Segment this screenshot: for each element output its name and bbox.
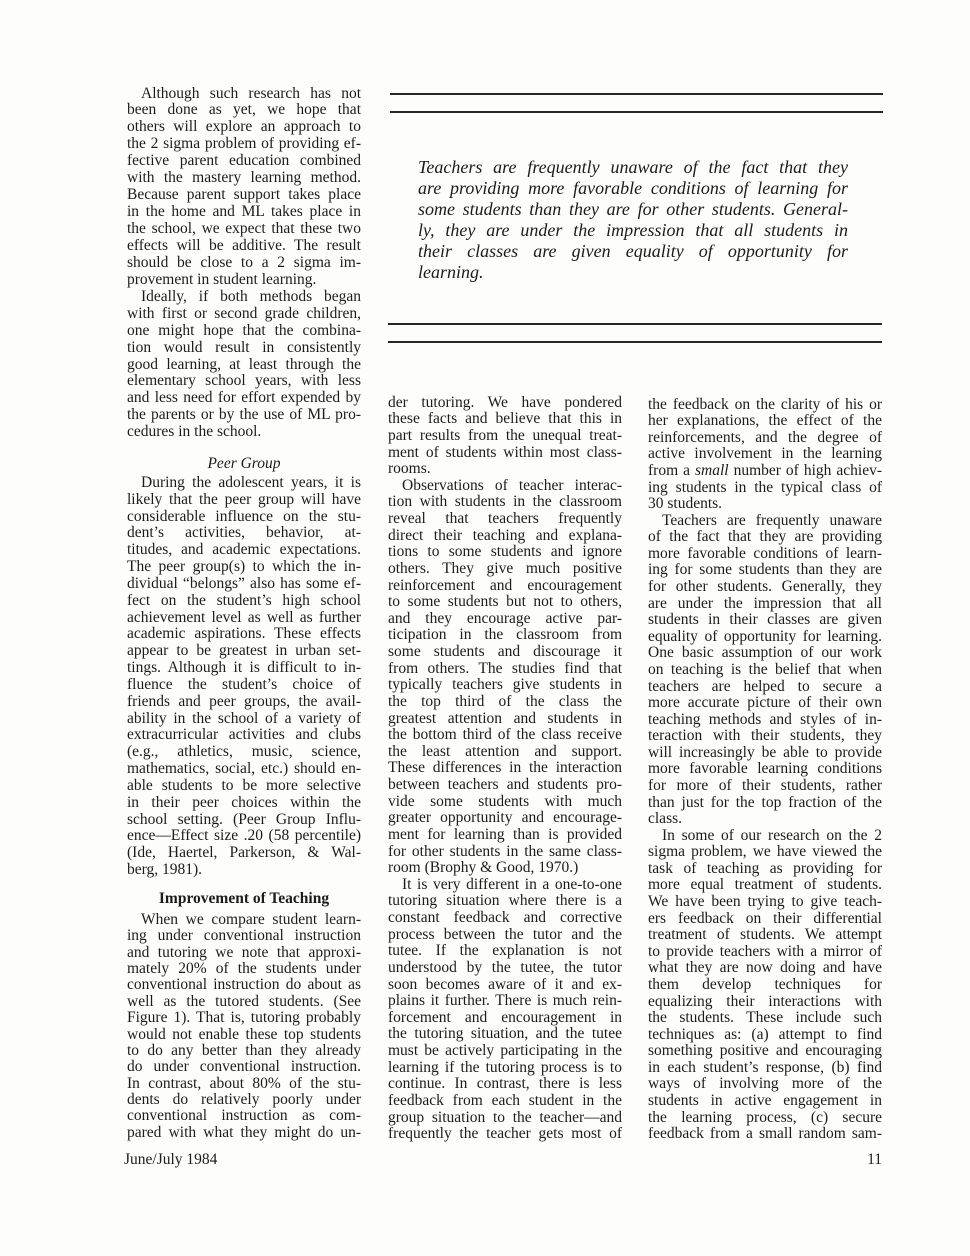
- text-line: the least attention and support.: [388, 744, 622, 761]
- text-line: direct their teaching and explana-: [388, 528, 622, 545]
- text-line: equalizing their interactions with: [648, 994, 882, 1011]
- text-line: the learning process, (c) secure: [648, 1110, 882, 1127]
- text-line: 30 students.: [648, 496, 882, 513]
- footer-page-number: 11: [867, 1151, 882, 1168]
- text-line: will increasingly be able to provide: [648, 745, 882, 762]
- paragraph: During the adolescent years, it islikely…: [127, 475, 361, 879]
- text-line: should be close to a 2 sigma im-: [127, 255, 361, 272]
- text-line: friends and peer groups, the avail-: [127, 694, 361, 711]
- pull-quote: Teachers are frequently unaware of the f…: [418, 157, 848, 283]
- text-line: In some of our research on the 2: [648, 828, 882, 845]
- text-line: more accurate picture of their own: [648, 695, 882, 712]
- text-line: active involvement in the learning: [648, 446, 882, 463]
- pull-quote-bottom-rule-thick: [388, 341, 882, 343]
- text-line: learning.: [418, 262, 848, 283]
- text-line: When we compare student learn-: [127, 912, 361, 928]
- text-line: reveal that teachers frequently: [388, 511, 622, 528]
- text-line: dividual “belongs” also has some ef-: [127, 576, 361, 593]
- text-line: students in their classes are given: [648, 612, 882, 629]
- text-line: One basic assumption of our work: [648, 645, 882, 662]
- text-line: to do any better than they already: [127, 1043, 361, 1059]
- text-line: more favorable conditions of learn-: [648, 546, 882, 563]
- text-line: the 2 sigma problem of providing ef-: [127, 136, 361, 153]
- text-line: to provide teachers with a mirror of: [648, 944, 882, 961]
- text-line: (Ide, Haertel, Parkerson, & Wal-: [127, 845, 361, 862]
- emphasized-text: small: [695, 463, 729, 479]
- text-line: tion would result in consistently: [127, 340, 361, 357]
- text-line: ways of involving more of the: [648, 1076, 882, 1093]
- text-line: greatest attention and students in: [388, 711, 622, 728]
- paragraph: Ideally, if both methods beganwith first…: [127, 289, 361, 441]
- text-line: effects will be additive. The result: [127, 238, 361, 255]
- text-line: titudes, and academic expectations.: [127, 542, 361, 559]
- text-line: good learning, at least through the: [127, 357, 361, 374]
- text-line: group situation to the teacher—and: [388, 1110, 622, 1127]
- text-line: likely that the peer group will have: [127, 492, 361, 509]
- text-line: These differences in the interaction: [388, 760, 622, 777]
- text-line: others. They give much positive: [388, 561, 622, 578]
- text-line: achievement level as well as further: [127, 610, 361, 627]
- text-line: Figure 1). That is, tutoring probably: [127, 1010, 361, 1026]
- text-line: We have been trying to give teach-: [648, 894, 882, 911]
- text-line: able students to be more selective: [127, 778, 361, 795]
- text-line: their classes are given equality of oppo…: [418, 241, 848, 262]
- text-line: feedback from a small random sam-: [648, 1126, 882, 1143]
- text-line: conventional instruction as com-: [127, 1108, 361, 1124]
- paragraph: Teachers are frequently unawareof the fa…: [648, 513, 882, 828]
- text-line: from others. The studies find that: [388, 661, 622, 678]
- text-line: sigma problem, we have viewed the: [648, 844, 882, 861]
- section-heading-peer-group: Peer Group: [127, 455, 361, 472]
- text-line: The peer group(s) to which the in-: [127, 559, 361, 576]
- text-line: one might hope that the combina-: [127, 323, 361, 340]
- text-line: equality of opportunity for learning.: [648, 629, 882, 646]
- text-line: forcement and encouragement in: [388, 1010, 622, 1027]
- text-line: frequently the teacher gets most of: [388, 1126, 622, 1143]
- text-line: soon becomes aware of it and ex-: [388, 977, 622, 994]
- text-line: techniques as: (a) attempt to find: [648, 1027, 882, 1044]
- text-line: to some students but not to others,: [388, 594, 622, 611]
- text-line: typically teachers give students in: [388, 677, 622, 694]
- text-line: Because parent support takes place: [127, 187, 361, 204]
- text-line: conventional instruction do about as: [127, 977, 361, 993]
- text-line: ing students in the typical class of: [648, 480, 882, 497]
- text-line: vide some students with much: [388, 794, 622, 811]
- text-line: ticipation in the classroom from: [388, 627, 622, 644]
- pull-quote-bottom-rule-thin: [388, 323, 882, 325]
- text-line: It is very different in a one-to-one: [388, 877, 622, 894]
- text-line: understood by the tutee, the tutor: [388, 960, 622, 977]
- text-line: tion with students in the classroom: [388, 494, 622, 511]
- text-line: some students than they are for other st…: [418, 199, 848, 220]
- middle-column-text: der tutoring. We have ponderedthese fact…: [388, 395, 622, 1143]
- text-line: elementary school years, with less: [127, 373, 361, 390]
- text-line: ment for learning than is provided: [388, 827, 622, 844]
- footer-issue-date: June/July 1984: [124, 1151, 217, 1168]
- text-line: tutoring situation where there is a: [388, 893, 622, 910]
- paragraph: In some of our research on the 2sigma pr…: [648, 828, 882, 1143]
- paragraph: the feedback on the clarity of his orher…: [648, 397, 882, 513]
- right-column-text: the feedback on the clarity of his orher…: [648, 397, 882, 1143]
- text-line: the top third of the class the: [388, 694, 622, 711]
- text-line: well as the tutored students. (See: [127, 994, 361, 1010]
- text-line: process between the tutor and the: [388, 927, 622, 944]
- pull-quote-top-rule-thick: [390, 93, 883, 95]
- text-line: pared with what they might do un-: [127, 1125, 361, 1141]
- text-line: fluence the student’s choice of: [127, 677, 361, 694]
- text-line: of the fact that they are providing: [648, 529, 882, 546]
- text-line: the students. These include such: [648, 1010, 882, 1027]
- text-line: would not enable these top students: [127, 1027, 361, 1043]
- paragraph: Although such research has notbeen done …: [127, 86, 361, 289]
- text-line: more favorable learning conditions: [648, 761, 882, 778]
- text-line: der tutoring. We have pondered: [388, 395, 622, 412]
- text-line: her explanations, the effect of the: [648, 413, 882, 430]
- text-line: for other students. Generally, they: [648, 579, 882, 596]
- text-line: During the adolescent years, it is: [127, 475, 361, 492]
- text-line: must be actively participating in the: [388, 1043, 622, 1060]
- text-line: do under conventional instruction.: [127, 1059, 361, 1075]
- text-line: in each student’s response, (b) find: [648, 1060, 882, 1077]
- text-line: something positive and encouraging: [648, 1043, 882, 1060]
- text-line: ence—Effect size .20 (58 percentile): [127, 828, 361, 845]
- text-line: learning if the tutoring process is to: [388, 1060, 622, 1077]
- section-heading-improvement-of-teaching: Improvement of Teaching: [127, 890, 361, 907]
- text-line: In contrast, about 80% of the stu-: [127, 1076, 361, 1092]
- text-line: treatment of students. We attempt: [648, 927, 882, 944]
- text-line: ly, they are under the impression that a…: [418, 220, 848, 241]
- paragraph: Teachers are frequently unaware of the f…: [418, 157, 848, 283]
- left-column-peer-group-text: During the adolescent years, it islikely…: [127, 475, 361, 879]
- text-line: the parents or by the use of ML pro-: [127, 407, 361, 424]
- text-line: Teachers are frequently unaware: [648, 513, 882, 530]
- text-line: fective parent education combined: [127, 153, 361, 170]
- text-line: on teaching is the belief that when: [648, 662, 882, 679]
- text-line: and tutoring we note that approxi-: [127, 945, 361, 961]
- text-line: considerable influence on the stu-: [127, 509, 361, 526]
- text-line: ing for some students than they are: [648, 562, 882, 579]
- text-line: teaching methods and styles of in-: [648, 712, 882, 729]
- text-line: Although such research has not: [127, 86, 361, 103]
- text-line: in the home and ML takes place in: [127, 204, 361, 221]
- text-line: part results from the unequal treat-: [388, 428, 622, 445]
- text-line: tions to some students and ignore: [388, 544, 622, 561]
- text-line: task of teaching as providing for: [648, 861, 882, 878]
- text-line: Observations of teacher interac-: [388, 478, 622, 495]
- text-line: the bottom third of the class receive: [388, 727, 622, 744]
- left-column-teaching-text: When we compare student learn-ing under …: [127, 912, 361, 1141]
- text-line: others will explore an approach to: [127, 119, 361, 136]
- text-line: the tutoring situation, and the tutee: [388, 1026, 622, 1043]
- text-line: teachers are helped to secure a: [648, 679, 882, 696]
- text-line: them develop techniques for: [648, 977, 882, 994]
- text-line: dents do relatively poorly under: [127, 1092, 361, 1108]
- text-line: Ideally, if both methods began: [127, 289, 361, 306]
- text-line: school setting. (Peer Group Influ-: [127, 812, 361, 829]
- text-line: continue. In contrast, there is less: [388, 1076, 622, 1093]
- text-line: plains it further. There is much rein-: [388, 993, 622, 1010]
- text-line: from a small number of high achiev-: [648, 463, 882, 480]
- text-line: tings. Although it is difficult to in-: [127, 660, 361, 677]
- text-line: room (Brophy & Good, 1970.): [388, 860, 622, 877]
- text-line: are under the impression that all: [648, 596, 882, 613]
- text-line: academic aspirations. These effects: [127, 626, 361, 643]
- text-line: between teachers and students pro-: [388, 777, 622, 794]
- text-line: what they are now doing and have: [648, 960, 882, 977]
- text-line: students in active engagement in: [648, 1093, 882, 1110]
- text-line: appear to be greatest in urban set-: [127, 643, 361, 660]
- text-line: cedures in the school.: [127, 424, 361, 441]
- text-line: and less need for effort expended by: [127, 390, 361, 407]
- text-line: reinforcements, and the degree of: [648, 430, 882, 447]
- text-line: are providing more favorable conditions …: [418, 178, 848, 199]
- text-line: ability in the school of a variety of: [127, 711, 361, 728]
- paragraph: It is very different in a one-to-onetuto…: [388, 877, 622, 1143]
- text-line: teraction with their students, they: [648, 728, 882, 745]
- text-line: (e.g., athletics, music, science,: [127, 744, 361, 761]
- text-line: berg, 1981).: [127, 862, 361, 879]
- text-line: for other students in the same class-: [388, 844, 622, 861]
- text-line: ers feedback on their differential: [648, 911, 882, 928]
- text-line: constant feedback and corrective: [388, 910, 622, 927]
- text-line: been done as yet, we hope that: [127, 102, 361, 119]
- paragraph: When we compare student learn-ing under …: [127, 912, 361, 1141]
- text-line: these facts and believe that this in: [388, 411, 622, 428]
- text-line: and they encourage active par-: [388, 611, 622, 628]
- text-line: the school, we expect that these two: [127, 221, 361, 238]
- text-line: with first or second grade children,: [127, 306, 361, 323]
- text-segment: number of high achiev-: [729, 463, 882, 479]
- text-line: rooms.: [388, 461, 622, 478]
- text-line: Teachers are frequently unaware of the f…: [418, 157, 848, 178]
- text-line: mathematics, social, etc.) should en-: [127, 761, 361, 778]
- text-line: greater opportunity and encourage-: [388, 810, 622, 827]
- text-line: the feedback on the clarity of his or: [648, 397, 882, 414]
- text-line: feedback from each student in the: [388, 1093, 622, 1110]
- text-line: extracurricular activities and clubs: [127, 727, 361, 744]
- text-line: class.: [648, 811, 882, 828]
- pull-quote-top-rule-thin: [390, 111, 883, 113]
- text-line: in their peer choices within the: [127, 795, 361, 812]
- text-line: with the mastery learning method.: [127, 170, 361, 187]
- paragraph: der tutoring. We have ponderedthese fact…: [388, 395, 622, 478]
- text-line: for more of their students, rather: [648, 778, 882, 795]
- left-column-intro-text: Although such research has notbeen done …: [127, 86, 361, 442]
- text-line: tutee. If the explanation is not: [388, 943, 622, 960]
- text-line: fect on the student’s high school: [127, 593, 361, 610]
- text-segment: from a: [648, 463, 695, 479]
- text-line: some students and discourage it: [388, 644, 622, 661]
- text-line: than just for the top fraction of the: [648, 795, 882, 812]
- text-line: ing under conventional instruction: [127, 928, 361, 944]
- paragraph: Observations of teacher interac-tion wit…: [388, 478, 622, 877]
- text-line: more equal treatment of students.: [648, 877, 882, 894]
- text-line: mately 20% of the students under: [127, 961, 361, 977]
- text-line: reinforcement and encouragement: [388, 578, 622, 595]
- text-line: dent’s activities, behavior, at-: [127, 525, 361, 542]
- text-line: provement in student learning.: [127, 272, 361, 289]
- text-line: ment of students within most class-: [388, 445, 622, 462]
